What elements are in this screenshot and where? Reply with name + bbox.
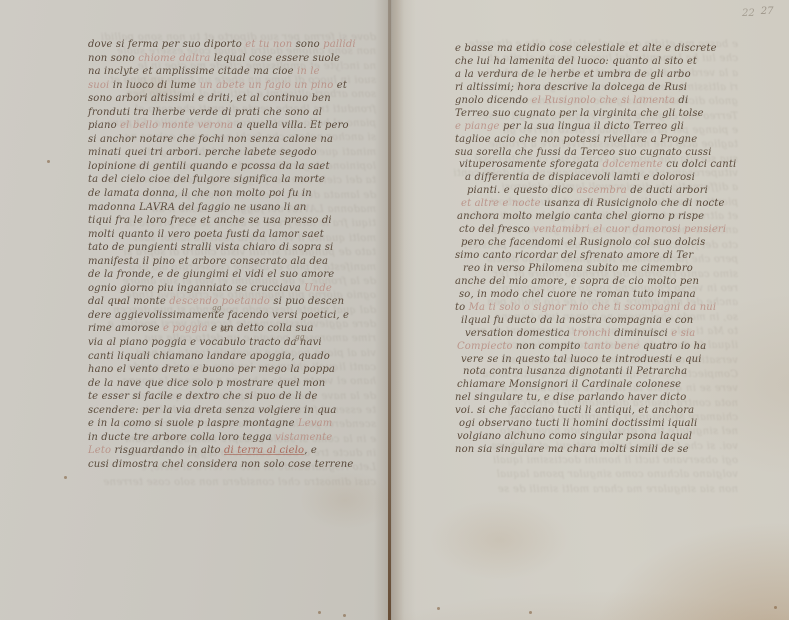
text-segment: sono: [296, 39, 324, 50]
manuscript-line: gnolo dicendo el Rusignolo che si lament…: [455, 95, 736, 108]
text-segment: cusi dimostra chel considera non solo co…: [103, 477, 376, 488]
rubric-segment: tanto bene: [584, 341, 643, 352]
text-segment: reo in verso Philomena subito me cimembr…: [463, 263, 693, 274]
text-segment: gnolo dicendo: [455, 95, 532, 106]
text-segment: di: [678, 95, 688, 106]
text-segment: volgiano alchuno como singular psona laq…: [457, 431, 692, 442]
folio-number-new: 27: [761, 6, 774, 17]
manuscript-line: voi. si che facciano tucti li antiqui, e…: [455, 405, 736, 418]
text-segment: to: [455, 302, 469, 313]
manuscript-line: molti quanto il vero poeta fusti da lamo…: [88, 228, 356, 242]
text-segment: non compito: [516, 341, 584, 352]
text-segment: nel singulare tu, e dise parlando haver …: [455, 392, 686, 403]
manuscript-line: hano el vento dreto e buono per mego la …: [88, 363, 356, 377]
manuscript-line: vere se in questo tal luoco te introdues…: [461, 354, 736, 367]
text-segment: Terreo suo cugnato per la virginita che …: [455, 108, 704, 119]
right-page-text-column: e basse ma etidio cose celestiale et alt…: [455, 43, 736, 457]
manuscript-line: Leto risguardando in alto di terra al ci…: [88, 444, 356, 458]
rubric-segment: dolcemente: [602, 159, 666, 170]
text-segment: in ducte tre arbore colla loro tegga: [88, 432, 275, 443]
bleedthrough-line: volgiano alchuno como singular psona laq…: [408, 468, 738, 482]
text-segment: volgiano alchuno como singular psona laq…: [496, 469, 738, 480]
manuscript-line: a differentia de dispiacevoli lamti e do…: [465, 172, 736, 185]
manuscript-line: sono arbori altissimi e driti, et al con…: [88, 92, 356, 106]
manuscript-line: vituperosamente sforegata dolcemente cu …: [459, 159, 736, 172]
text-segment: hano el vento dreto e buono per mego la …: [88, 364, 335, 375]
text-segment: chiamare Monsignori il Cardinale colones…: [457, 379, 681, 390]
rubric-segment: el Rusignolo che si lamenta: [532, 95, 679, 106]
manuscript-line: cusi dimostra chel considera non solo co…: [88, 458, 356, 472]
manuscript-line: simo canto ricordar del sfrenato amore d…: [455, 250, 736, 263]
rubric-segment: e poggia: [163, 323, 211, 334]
text-segment: cusi dimostra chel considera non solo co…: [88, 459, 353, 470]
text-segment: dove si ferma per suo diporto: [88, 39, 245, 50]
text-segment: de la fronde, e de giungimi el vidi el s…: [88, 269, 334, 280]
text-segment: tato de pungienti stralli vista chiaro d…: [88, 242, 333, 253]
text-segment: non sia singulare ma chara molti simili …: [455, 444, 689, 455]
manuscript-line: de la nave que dice solo p mostrare quel…: [88, 377, 356, 391]
text-segment: sono arbori altissimi e driti, et al con…: [88, 93, 331, 104]
manuscript-line: ilqual fu ducto da la nostra compagnia e…: [461, 315, 736, 328]
text-segment: diminuisci: [614, 328, 671, 339]
foxing-spot: [118, 299, 121, 302]
foxing-spot: [318, 611, 321, 614]
manuscript-line: pianti. e questo dico ascembra de ducti …: [467, 185, 736, 198]
text-segment: ogi observano tucti li homini doctissimi…: [459, 418, 697, 429]
foxing-spot: [774, 606, 777, 609]
manuscript-line: lopinione di gentili quando e pcossa da …: [88, 160, 356, 174]
manuscript-line: e in la como si suole p laspre montagne …: [88, 417, 356, 431]
folio-number-old: 22: [742, 8, 755, 19]
text-segment: nota contra lusanza dignotanti il Petrar…: [463, 366, 687, 377]
text-segment: sua sorella che fussi da Terceo suo cugn…: [455, 147, 712, 158]
manuscript-line: na inclyte et amplissime citade ma cioe …: [88, 65, 356, 79]
text-segment: si anchor notare che fochi non senza cal…: [88, 134, 333, 145]
manuscript-line: cto del fresco ventamibri el cuor damoro…: [459, 224, 736, 237]
text-segment: ilqual fu ducto da la nostra compagnia e…: [461, 315, 693, 326]
text-segment: canti liquali chiamano landare apoggia, …: [88, 351, 330, 362]
text-segment: ta del cielo cioe del fulgore significa …: [88, 174, 325, 185]
text-segment: a la verdura de le herbe et umbra de gli…: [455, 69, 691, 80]
text-segment: vere se in questo tal luoco te introdues…: [461, 354, 702, 365]
manuscript-line: non sono chiome daltra lequal cose esser…: [88, 52, 356, 66]
text-segment: et: [337, 80, 347, 91]
text-segment: fronduti tra lherbe verde di prati che s…: [88, 107, 322, 118]
manuscript-line: e basse ma etidio cose celestiale et alt…: [455, 43, 736, 56]
interlinear-gloss: gg: [212, 303, 222, 312]
text-segment: scendere: per la via dreta senza volgier…: [88, 405, 337, 416]
text-segment: piano: [88, 120, 120, 131]
text-segment: manifesta il pino et arbore consecrato a…: [88, 256, 328, 267]
manuscript-line: tiqui fra le loro frece et anche se usa …: [88, 214, 356, 228]
manuscript-line: Compiecto non compito tanto bene quatro …: [457, 341, 736, 354]
text-segment: anche del mio amore, e sopra de cio molt…: [455, 276, 699, 287]
text-segment: e basse ma etidio cose celestiale et alt…: [455, 43, 717, 54]
manuscript-line: madonna LAVRA del faggio ne usano li an: [88, 201, 356, 215]
manuscript-line: a la verdura de le herbe et umbra de gli…: [455, 69, 736, 82]
manuscript-line: to Ma ti solo o signor mio che ti scompa…: [455, 302, 736, 315]
manuscript-line: reo in verso Philomena subito me cimembr…: [463, 263, 736, 276]
manuscript-line: minati quei tri arbori. perche labete se…: [88, 146, 356, 160]
rubric-segment: Compiecto: [457, 341, 516, 352]
text-segment: tiqui fra le loro frece et anche se usa …: [88, 215, 332, 226]
manuscript-line: piano el bello monte verona a quella vil…: [88, 119, 356, 133]
rubric-segment: e piange: [455, 121, 503, 132]
text-segment: ri altissimi; hora descrive la dolcega d…: [455, 82, 687, 93]
manuscript-line: tato de pungienti stralli vista chiaro d…: [88, 241, 356, 255]
manuscript-line: te esser si facile e dextro che si puo d…: [88, 390, 356, 404]
foxing-spot: [529, 611, 532, 614]
text-segment: so, in modo chel cuore ne roman tuto imp…: [459, 289, 696, 300]
text-segment: de ducti arbori: [630, 185, 708, 196]
text-segment: a differentia de dispiacevoli lamti e do…: [465, 172, 695, 183]
manuscript-line: manifesta il pino et arbore consecrato a…: [88, 255, 356, 269]
text-segment: molti quanto il vero poeta fusti da lamo…: [88, 229, 324, 240]
rubric-segment: et tu non: [245, 39, 295, 50]
manuscript-line: in ducte tre arbore colla loro tegga vis…: [88, 431, 356, 445]
manuscript-line: non sia singulare ma chara molti simili …: [455, 444, 736, 457]
rubric-segment: ascembra: [576, 185, 630, 196]
manuscript-line: et altre e nocte usanza di Rusicignolo c…: [461, 198, 736, 211]
rubric-segment: Ma ti solo o signor mio che ti scompagni…: [469, 302, 717, 313]
rubric-segment: vistamente: [275, 432, 332, 443]
manuscript-line: so, in modo chel cuore ne roman tuto imp…: [459, 289, 736, 302]
manuscript-line: canti liquali chiamano landare apoggia, …: [88, 350, 356, 364]
manuscript-line: volgiano alchuno como singular psona laq…: [457, 431, 736, 444]
rubric-segment: ventamibri el cuor damorosi pensieri: [533, 224, 726, 235]
text-segment: ognio giorno piu inganniato se crucciava: [88, 283, 304, 294]
text-segment: si puo descen: [273, 296, 344, 307]
rubric-segment: e sia: [671, 328, 695, 339]
manuscript-line: anchora molto melgio canta chel giorno p…: [457, 211, 736, 224]
text-segment: usanza di Rusicignolo che di nocte: [544, 198, 725, 209]
rubric-segment: un abete un fagio un pino: [200, 80, 337, 91]
text-segment: non sia singulare ma chara molti simili …: [498, 484, 738, 495]
rubric-segment: chiome daltra: [138, 53, 213, 64]
text-segment: a quella villa. Et pero: [237, 120, 349, 131]
rubric-segment: et altre e nocte: [461, 198, 544, 209]
text-segment: non sono: [88, 53, 138, 64]
rubric-segment: Levam: [298, 418, 332, 429]
text-segment: cto del fresco: [459, 224, 533, 235]
manuscript-line: sua sorella che fussi da Terceo suo cugn…: [455, 147, 736, 160]
text-segment: na inclyte et amplissime citade ma cioe: [88, 66, 297, 77]
text-segment: , e: [304, 445, 317, 456]
text-segment: anchora molto melgio canta chel giorno p…: [457, 211, 704, 222]
rubric-segment: Leto: [88, 445, 115, 456]
text-segment: via al piano poggia e vocabulo tracto da…: [88, 337, 322, 348]
left-page-text-column: dove si ferma per suo diporto et tu non …: [88, 38, 356, 472]
text-segment: pero che facendomi el Rusignolo col suo …: [461, 237, 705, 248]
text-segment: pianti. e questo dico: [467, 185, 576, 196]
manuscript-line: e piange per la sua lingua il dicto Terr…: [455, 121, 736, 134]
text-segment: lequal cose essere suole: [214, 53, 340, 64]
text-segment: rime amorose: [88, 323, 163, 334]
manuscript-line: suoi in luoco di lume un abete un fagio …: [88, 79, 356, 93]
text-segment: lopinione di gentili quando e pcossa da …: [88, 161, 330, 172]
manuscript-line: nel singulare tu, e dise parlando haver …: [455, 392, 736, 405]
text-segment: madonna LAVRA del faggio ne usano li an: [88, 202, 307, 213]
manuscript-line: si anchor notare che fochi non senza cal…: [88, 133, 356, 147]
rubric-segment: pallidi: [323, 39, 356, 50]
text-segment: dal qual monte: [88, 296, 169, 307]
text-segment: in luoco di lume: [113, 80, 200, 91]
text-segment: vituperosamente sforegata: [459, 159, 602, 170]
manuscript-line: ogi observano tucti li homini doctissimi…: [459, 418, 736, 431]
foxing-spot: [47, 160, 50, 163]
manuscript-line: anche del mio amore, e sopra de cio molt…: [455, 276, 736, 289]
page-gutter-shadow: [374, 0, 416, 620]
manuscript-line: fronduti tra lherbe verde di prati che s…: [88, 106, 356, 120]
manuscript-line: Terreo suo cugnato per la virginita che …: [455, 108, 736, 121]
text-segment: de la nave que dice solo p mostrare quel…: [88, 378, 325, 389]
text-segment: cu dolci canti: [666, 159, 736, 170]
manuscript-line: scendere: per la via dreta senza volgier…: [88, 404, 356, 418]
bleedthrough-line: cusi dimostra chel considera non solo co…: [46, 476, 376, 490]
manuscript-line: de lamata donna, il che non molto poi fu…: [88, 187, 356, 201]
bleedthrough-line: non sia singulare ma chara molti simili …: [408, 483, 738, 497]
text-segment: simo canto ricordar del sfrenato amore d…: [455, 250, 693, 261]
manuscript-line: de la fronde, e de giungimi el vidi el s…: [88, 268, 356, 282]
text-segment: voi. si che facciano tucti li antiqui, e…: [455, 405, 694, 416]
manuscript-line: ri altissimi; hora descrive la dolcega d…: [455, 82, 736, 95]
manuscript-line: taglioe acio che non potessi rivellare a…: [455, 134, 736, 147]
interlinear-gloss: gg: [220, 323, 230, 332]
text-segment: versation domestica: [465, 328, 573, 339]
rubric-segment: in le: [297, 66, 320, 77]
manuscript-line: dove si ferma per suo diporto et tu non …: [88, 38, 356, 52]
rubric-segment: el bello monte verona: [120, 120, 237, 131]
manuscript-line: che lui ha lamenita del luoco: quanto al…: [455, 56, 736, 69]
text-segment: per la sua lingua il dicto Terreo gli: [503, 121, 684, 132]
manuscript-line: ta del cielo cioe del fulgore significa …: [88, 173, 356, 187]
manuscript-line: chiamare Monsignori il Cardinale colones…: [457, 379, 736, 392]
rubric-segment: di terra al cielo: [224, 445, 304, 456]
text-segment: che lui ha lamenita del luoco: quanto al…: [455, 56, 697, 67]
text-segment: te esser si facile e dextro che si puo d…: [88, 391, 318, 402]
rubric-segment: Unde: [304, 283, 332, 294]
text-segment: taglioe acio che non potessi rivellare a…: [455, 134, 697, 145]
foxing-spot: [437, 607, 440, 610]
interlinear-gloss: gg: [295, 332, 305, 341]
text-segment: de lamata donna, il che non molto poi fu…: [88, 188, 312, 199]
manuscript-photo: dove si ferma per suo diporto et tu non …: [0, 0, 789, 620]
foxing-spot: [64, 476, 67, 479]
text-segment: e in la como si suole p laspre montagne: [88, 418, 298, 429]
manuscript-line: pero che facendomi el Rusignolo col suo …: [461, 237, 736, 250]
page-gutter-line: [388, 0, 391, 620]
manuscript-line: nota contra lusanza dignotanti il Petrar…: [463, 366, 736, 379]
folio-number: 2227: [742, 8, 773, 19]
text-segment: minati quei tri arbori. perche labete se…: [88, 147, 317, 158]
manuscript-line: via al piano poggia e vocabulo tracto da…: [88, 336, 356, 350]
rubric-segment: tronchi: [573, 328, 614, 339]
rubric-segment: suoi: [88, 80, 113, 91]
foxing-spot: [343, 614, 346, 617]
manuscript-line: ognio giorno piu inganniato se crucciava…: [88, 282, 356, 296]
text-segment: risguardando in alto: [115, 445, 224, 456]
text-segment: quatro io ha: [643, 341, 706, 352]
manuscript-line: versation domestica tronchi diminuisci e…: [465, 328, 736, 341]
